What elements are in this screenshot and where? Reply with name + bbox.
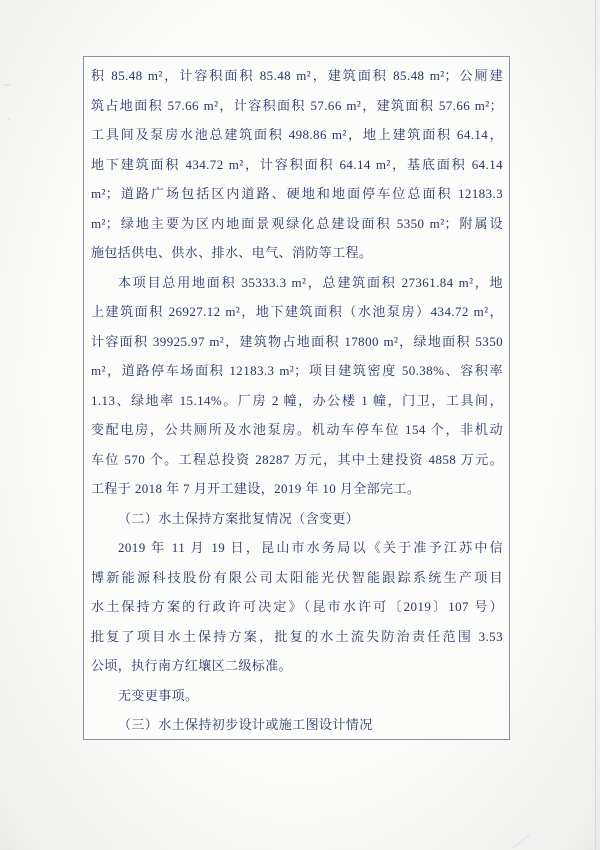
scan-curl-artifact bbox=[512, 834, 530, 848]
text-line: 公顷，执行南方红壤区二级标准。 bbox=[91, 651, 503, 681]
text-line: （三）水土保持初步设计或施工图设计情况 bbox=[91, 710, 503, 740]
text-line: 变配电房，公共厕所及水池泵房。机动车停车位 154 个，非机动 bbox=[91, 415, 503, 445]
text-line: 2019 年 11 月 19 日，昆山市水务局以《关于准予江苏中信 bbox=[91, 533, 503, 563]
text-line: m²；道路广场包括区内道路、硬地和地面停车位总面积 12183.3 bbox=[91, 179, 503, 209]
text-line: 积 85.48 m²，计容积面积 85.48 m²，建筑面积 85.48 m²；… bbox=[91, 61, 503, 91]
scan-speck-artifact bbox=[4, 84, 10, 86]
text-line: m²，道路停车场面积 12183.3 m²；项目建筑密度 50.38%、容积率 bbox=[91, 356, 503, 386]
text-line: 计容面积 39925.97 m²，建筑物占地面积 17800 m²，绿地面积 5… bbox=[91, 327, 503, 357]
text-line: （二）水土保持方案批复情况（含变更） bbox=[91, 504, 503, 534]
text-line: 上建筑面积 26927.12 m²，地下建筑面积（水池泵房）434.72 m²， bbox=[91, 297, 503, 327]
scan-speck-artifact bbox=[7, 118, 11, 120]
document-page: 积 85.48 m²，计容积面积 85.48 m²，建筑面积 85.48 m²；… bbox=[0, 0, 600, 850]
text-line: 水土保持方案的行政许可决定》（昆市水许可〔2019〕107 号） bbox=[91, 592, 503, 622]
text-line: 博新能源科技股份有限公司太阳能光伏智能跟踪系统生产项目 bbox=[91, 563, 503, 593]
text-line: 车位 570 个。工程总投资 28287 万元，其中土建投资 4858 万元。 bbox=[91, 445, 503, 475]
text-line: 工程于 2018 年 7 月开工建设，2019 年 10 月全部完工。 bbox=[91, 474, 503, 504]
text-line: 筑占地面积 57.66 m²，计容积面积 57.66 m²，建筑面积 57.66… bbox=[91, 91, 503, 121]
text-line: 无变更事项。 bbox=[91, 681, 503, 711]
text-line: m²；绿地主要为区内地面景观绿化总建设面积 5350 m²；附属设 bbox=[91, 209, 503, 239]
text-line: 1.13、绿地率 15.14%。厂房 2 幢，办公楼 1 幢，门卫，工具间， bbox=[91, 386, 503, 416]
text-line: 工具间及泵房水池总建筑面积 498.86 m²，地上建筑面积 64.14， bbox=[91, 120, 503, 150]
scan-edge-artifact bbox=[595, 0, 596, 850]
text-line: 地下建筑面积 434.72 m²，计容积面积 64.14 m²，基底面积 64.… bbox=[91, 150, 503, 180]
text-line: 本项目总用地面积 35333.3 m²，总建筑面积 27361.84 m²，地 bbox=[91, 268, 503, 298]
document-text-block: 积 85.48 m²，计容积面积 85.48 m²，建筑面积 85.48 m²；… bbox=[91, 61, 503, 740]
text-line: 批复了项目水土保持方案，批复的水土流失防治责任范围 3.53 bbox=[91, 622, 503, 652]
content-border-box: 积 85.48 m²，计容积面积 85.48 m²，建筑面积 85.48 m²；… bbox=[83, 56, 510, 740]
text-line: 施包括供电、供水、排水、电气、消防等工程。 bbox=[91, 238, 503, 268]
